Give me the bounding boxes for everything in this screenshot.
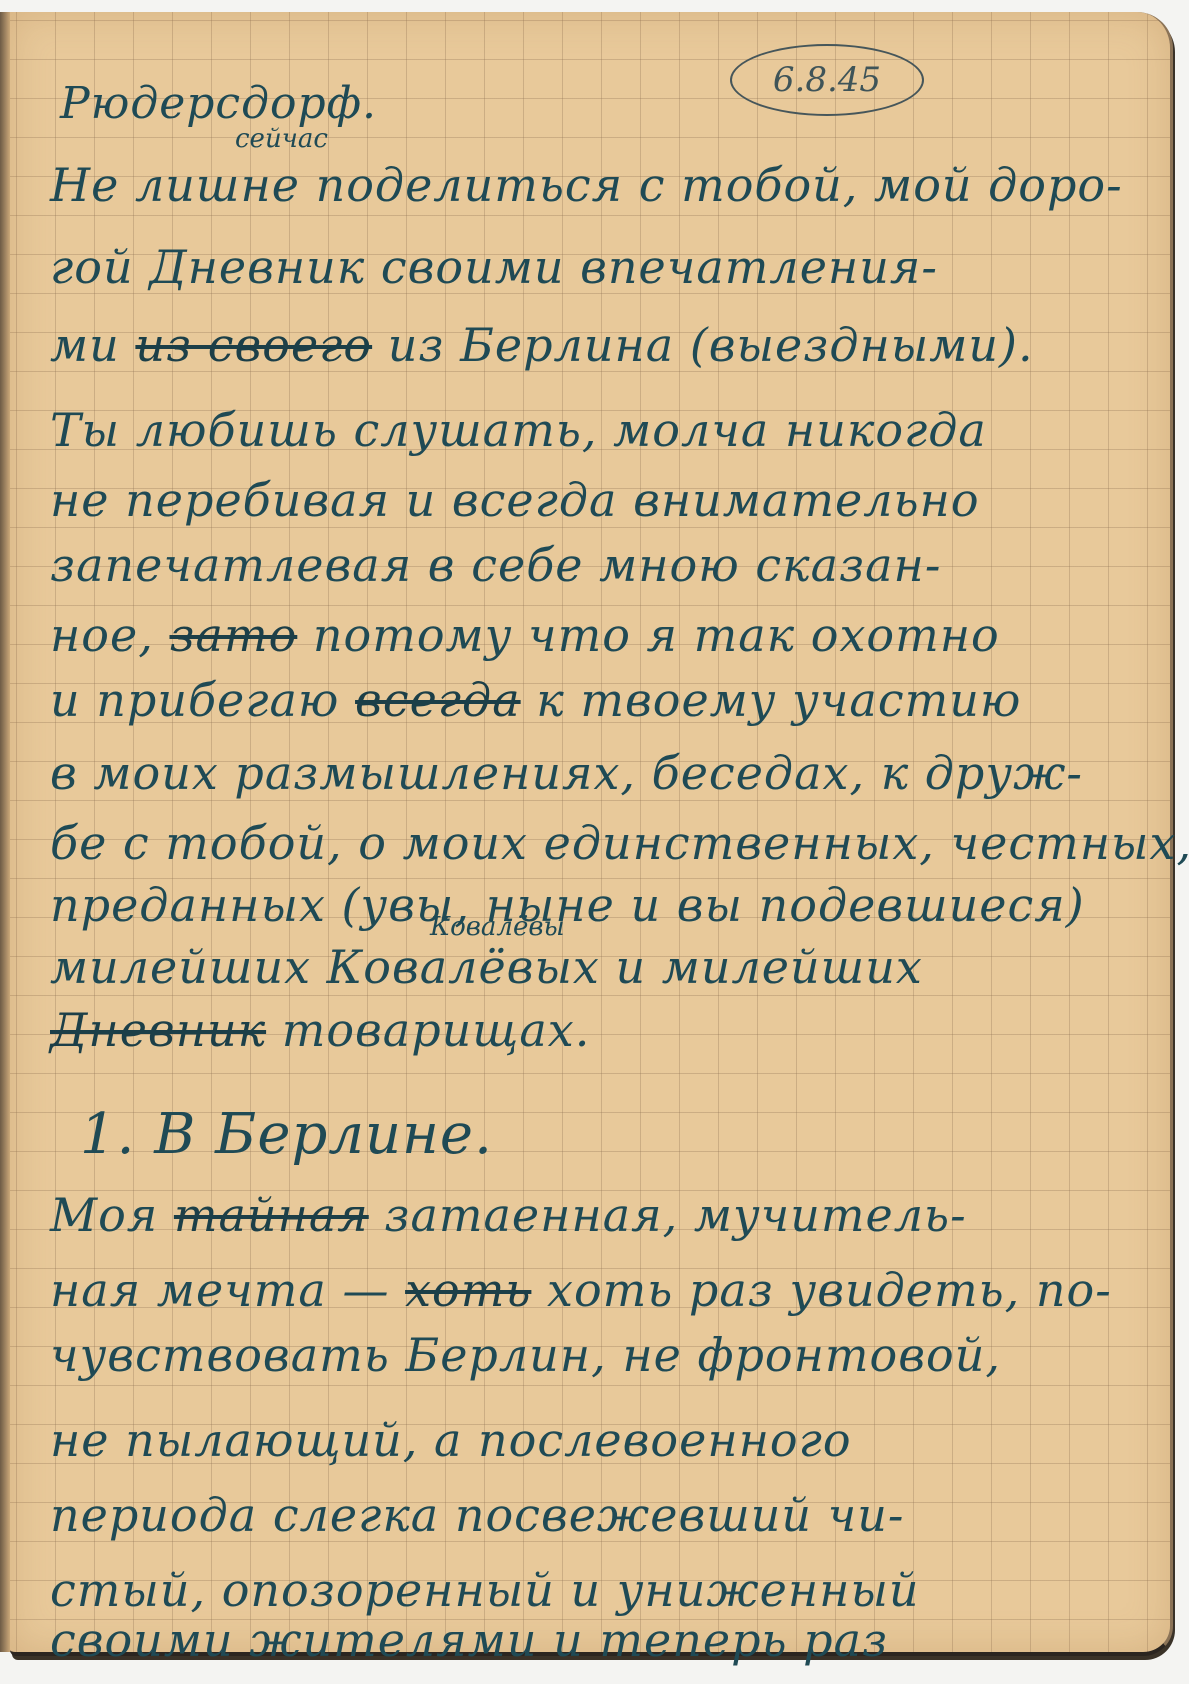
notebook-page: Рюдерсдорф. 6.8.45 сейчас Не лишне подел… xyxy=(10,12,1173,1656)
insert-above-line: сейчас xyxy=(235,124,328,154)
text-line: Дневник товарищах. xyxy=(50,1007,590,1053)
section-heading: 1. В Берлине. xyxy=(80,1107,493,1163)
text-line: не пылающий, а послевоенного xyxy=(50,1417,852,1463)
text-line: ная мечта — хоть хоть раз увидеть, по- xyxy=(50,1267,1112,1313)
text-line: своими жителями и теперь раз xyxy=(50,1617,888,1663)
text-line: Моя тайная затаенная, мучитель- xyxy=(50,1192,967,1238)
text-fragment: затаенная, мучитель- xyxy=(369,1188,967,1242)
text-fragment: к твоему участию xyxy=(521,673,1022,727)
place-heading: Рюдерсдорф. xyxy=(60,82,377,126)
text-fragment: потому что я так охотно xyxy=(297,608,999,662)
struck-text: тайная xyxy=(174,1188,369,1242)
date-circled: 6.8.45 xyxy=(730,44,924,116)
text-line: ное, зато потому что я так охотно xyxy=(50,612,1000,658)
text-line: стый, опозоренный и униженный xyxy=(50,1567,920,1613)
struck-text: хоть xyxy=(405,1263,531,1317)
text-line: Ты любишь слушать, молча никогда xyxy=(50,407,987,453)
struck-text: из своего xyxy=(135,318,372,372)
text-line: в моих размышлениях, беседах, к друж- xyxy=(50,750,1083,796)
text-fragment: и прибегаю xyxy=(50,673,355,727)
text-line: Не лишне поделиться с тобой, мой доро- xyxy=(50,162,1123,208)
text-line: запечатлевая в себе мною сказан- xyxy=(50,542,941,588)
text-line: преданных (увы, ныне и вы подевшиеся) xyxy=(50,882,1085,928)
struck-text: зато xyxy=(169,608,297,662)
struck-text: всегда xyxy=(355,673,521,727)
text-line: чувствовать Берлин, не фронтовой, xyxy=(50,1332,1001,1378)
text-line: не перебивая и всегда внимательно xyxy=(50,477,980,523)
text-fragment: Моя xyxy=(50,1188,174,1242)
text-fragment: из Берлина (выездными). xyxy=(372,318,1033,372)
text-fragment: ное, xyxy=(50,608,169,662)
insert-above-line: Ковалёвы xyxy=(430,912,565,942)
text-line: и прибегаю всегда к твоему участию xyxy=(50,677,1021,723)
text-line: периода слегка посвежевший чи- xyxy=(50,1492,904,1538)
text-fragment: хоть раз увидеть, по- xyxy=(531,1263,1111,1317)
struck-text: Дневник xyxy=(50,1003,266,1057)
text-fragment: ная мечта — xyxy=(50,1263,405,1317)
text-fragment: товарищах. xyxy=(266,1003,590,1057)
text-fragment: ми xyxy=(50,318,135,372)
text-line: милейших Ковалёвых и милейших xyxy=(50,944,923,990)
text-line: бе с тобой, о моих единственных, честных… xyxy=(50,820,1189,866)
text-line: ми из своего из Берлина (выездными). xyxy=(50,322,1034,368)
text-line: гой Дневник своими впечатления- xyxy=(50,244,938,290)
